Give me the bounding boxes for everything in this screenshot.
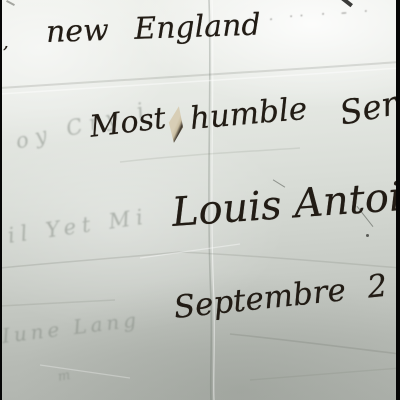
letter-photograph: oy Cry i il Yet Mi Iune Lang m , new Eng… xyxy=(0,0,400,400)
bleed-through-text-4: m xyxy=(57,368,72,385)
photo-right-border xyxy=(396,0,400,400)
photo-left-border xyxy=(0,0,2,400)
line1-new-england: new England xyxy=(45,8,261,50)
line1-leading-mark: , xyxy=(3,32,9,53)
